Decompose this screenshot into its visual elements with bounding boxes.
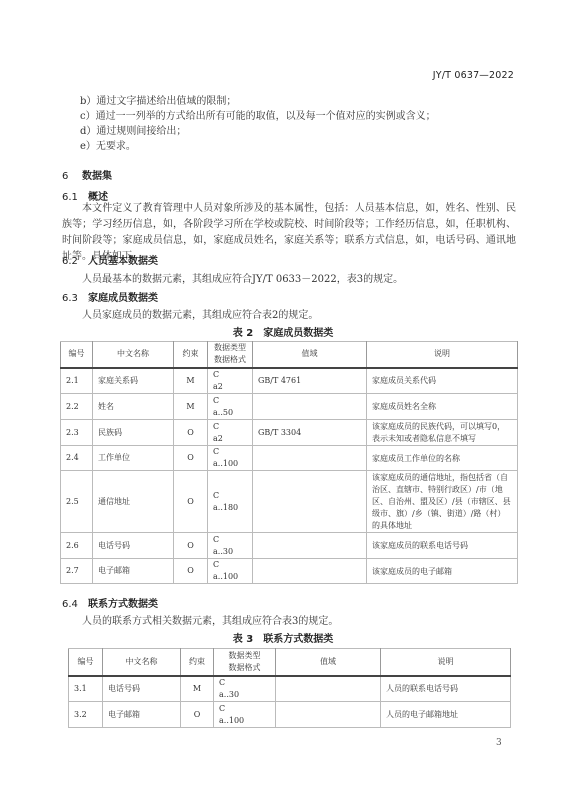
table-row: 3.1 电话号码 M Ca..30 人员的联系电话号码 — [69, 676, 511, 702]
cell-name: 通信地址 — [93, 471, 174, 533]
table-3-caption: 表 3 联系方式数据类 — [0, 630, 566, 645]
cell-id: 3.2 — [69, 702, 103, 728]
section-heading-6-4: 6.4联系方式数据类 — [62, 595, 158, 610]
section-number: 6 — [62, 171, 82, 182]
cell-description: 该家庭成员的通信地址，指包括省（自治区、直辖市、特别行政区）/市（地区、自治州、… — [367, 471, 518, 533]
header-id: 编号 — [69, 649, 103, 676]
cell-constraint: O — [174, 446, 208, 471]
cell-type-format: Ca..30 — [208, 533, 253, 559]
cell-domain: GB/T 4761 — [253, 368, 367, 394]
list-item-b: b）通过文字描述给出值域的限制； — [80, 95, 236, 109]
cell-constraint: M — [174, 394, 208, 420]
cell-id: 3.1 — [69, 676, 103, 702]
table-row: 2.2 姓名 M Ca..50 家庭成员姓名全称 — [61, 394, 518, 420]
table-row: 2.4 工作单位 O Ca..100 家庭成员工作单位的名称 — [61, 446, 518, 471]
list-text: 通过规则间接给出； — [96, 126, 186, 137]
cell-domain — [253, 559, 367, 584]
cell-type-format: Ca..50 — [208, 394, 253, 420]
cell-name: 工作单位 — [93, 446, 174, 471]
cell-type-format: Ca..30 — [214, 676, 276, 702]
header-domain: 值域 — [253, 342, 367, 368]
table-2-family-members: 编号 中文名称 约束 数据类型数据格式 值域 说明 2.1 家庭关系码 M Ca… — [60, 341, 518, 584]
cell-type-format: Ca2 — [208, 420, 253, 446]
cell-name: 电子邮箱 — [103, 702, 181, 728]
list-marker: d） — [80, 126, 96, 137]
header-constraint: 约束 — [174, 342, 208, 368]
table-row: 3.2 电子邮箱 O Ca..100 人员的电子邮箱地址 — [69, 702, 511, 728]
table-header-row: 编号 中文名称 约束 数据类型数据格式 值域 说明 — [61, 342, 518, 368]
cell-description: 该家庭成员的电子邮箱 — [367, 559, 518, 584]
cell-constraint: O — [174, 471, 208, 533]
table-row: 2.1 家庭关系码 M Ca2 GB/T 4761 家庭成员关系代码 — [61, 368, 518, 394]
section-title: 联系方式数据类 — [88, 599, 158, 610]
cell-description: 家庭成员姓名全称 — [367, 394, 518, 420]
cell-description: 该家庭成员的民族代码，可以填写0，表示未知或者隐私信息不填写 — [367, 420, 518, 446]
section-6-3-paragraph: 人员家庭成员的数据元素，其组成应符合表2的规定。 — [82, 306, 318, 321]
section-heading-6-3: 6.3家庭成员数据类 — [62, 289, 158, 304]
cell-name: 家庭关系码 — [93, 368, 174, 394]
cell-domain — [253, 471, 367, 533]
cell-name: 电话号码 — [93, 533, 174, 559]
page-number: 3 — [496, 738, 502, 748]
table-row: 2.5 通信地址 O Ca..180 该家庭成员的通信地址，指包括省（自治区、直… — [61, 471, 518, 533]
list-item-e: e）无要求。 — [80, 140, 136, 154]
cell-domain — [253, 533, 367, 559]
cell-id: 2.5 — [61, 471, 93, 533]
cell-type-format: Ca..100 — [208, 559, 253, 584]
header-constraint: 约束 — [181, 649, 214, 676]
list-item-d: d）通过规则间接给出； — [80, 125, 186, 139]
table-2-caption: 表 2 家庭成员数据类 — [0, 324, 566, 339]
header-id: 编号 — [61, 342, 93, 368]
cell-domain — [253, 394, 367, 420]
header-name: 中文名称 — [93, 342, 174, 368]
cell-type-format: Ca..100 — [208, 446, 253, 471]
cell-description: 人员的电子邮箱地址 — [381, 702, 511, 728]
cell-domain: GB/T 3304 — [253, 420, 367, 446]
table-row: 2.7 电子邮箱 O Ca..100 该家庭成员的电子邮箱 — [61, 559, 518, 584]
cell-constraint: M — [174, 368, 208, 394]
cell-description: 家庭成员工作单位的名称 — [367, 446, 518, 471]
section-number: 6.3 — [62, 293, 88, 304]
cell-name: 姓名 — [93, 394, 174, 420]
cell-id: 2.1 — [61, 368, 93, 394]
cell-domain — [253, 446, 367, 471]
section-6-2-paragraph: 人员最基本的数据元素，其组成应符合JY/T 0633－2022，表3的规定。 — [82, 270, 403, 285]
list-marker: c） — [80, 111, 96, 122]
section-title: 家庭成员数据类 — [88, 293, 158, 304]
section-number: 6.2 — [62, 256, 88, 267]
header-domain: 值域 — [276, 649, 381, 676]
list-marker: e） — [80, 141, 96, 152]
list-item-c: c）通过一一列举的方式给出所有可能的取值，以及每一个值对应的实例或含义； — [80, 110, 436, 124]
list-text: 无要求。 — [96, 141, 136, 152]
header-name: 中文名称 — [103, 649, 181, 676]
header-type-format: 数据类型数据格式 — [208, 342, 253, 368]
cell-type-format: Ca..100 — [214, 702, 276, 728]
header-description: 说明 — [367, 342, 518, 368]
cell-constraint: O — [174, 420, 208, 446]
cell-constraint: M — [181, 676, 214, 702]
cell-id: 2.3 — [61, 420, 93, 446]
cell-description: 人员的联系电话号码 — [381, 676, 511, 702]
cell-id: 2.4 — [61, 446, 93, 471]
cell-description: 该家庭成员的联系电话号码 — [367, 533, 518, 559]
table-3-contact-info: 编号 中文名称 约束 数据类型数据格式 值域 说明 3.1 电话号码 M Ca.… — [68, 648, 511, 728]
cell-id: 2.2 — [61, 394, 93, 420]
section-heading-6-2: 6.2人员基本数据类 — [62, 252, 158, 267]
section-number: 6.4 — [62, 599, 88, 610]
table-row: 2.3 民族码 O Ca2 GB/T 3304 该家庭成员的民族代码，可以填写0… — [61, 420, 518, 446]
standard-id: JY/T 0637—2022 — [0, 70, 514, 81]
cell-id: 2.6 — [61, 533, 93, 559]
cell-type-format: Ca..180 — [208, 471, 253, 533]
table-row: 2.6 电话号码 O Ca..30 该家庭成员的联系电话号码 — [61, 533, 518, 559]
section-6-4-paragraph: 人员的联系方式相关数据元素，其组成应符合表3的规定。 — [82, 612, 338, 627]
list-text: 通过一一列举的方式给出所有可能的取值，以及每一个值对应的实例或含义； — [96, 111, 436, 122]
cell-domain — [276, 702, 381, 728]
section-heading-6: 6数据集 — [62, 167, 112, 182]
cell-constraint: O — [174, 559, 208, 584]
list-marker: b） — [80, 96, 96, 107]
cell-name: 电话号码 — [103, 676, 181, 702]
cell-name: 电子邮箱 — [93, 559, 174, 584]
cell-type-format: Ca2 — [208, 368, 253, 394]
header-description: 说明 — [381, 649, 511, 676]
section-title: 数据集 — [82, 171, 112, 182]
section-title: 人员基本数据类 — [88, 256, 158, 267]
cell-constraint: O — [174, 533, 208, 559]
cell-constraint: O — [181, 702, 214, 728]
list-text: 通过文字描述给出值域的限制； — [96, 96, 236, 107]
cell-domain — [276, 676, 381, 702]
table-header-row: 编号 中文名称 约束 数据类型数据格式 值域 说明 — [69, 649, 511, 676]
cell-id: 2.7 — [61, 559, 93, 584]
cell-name: 民族码 — [93, 420, 174, 446]
header-type-format: 数据类型数据格式 — [214, 649, 276, 676]
cell-description: 家庭成员关系代码 — [367, 368, 518, 394]
